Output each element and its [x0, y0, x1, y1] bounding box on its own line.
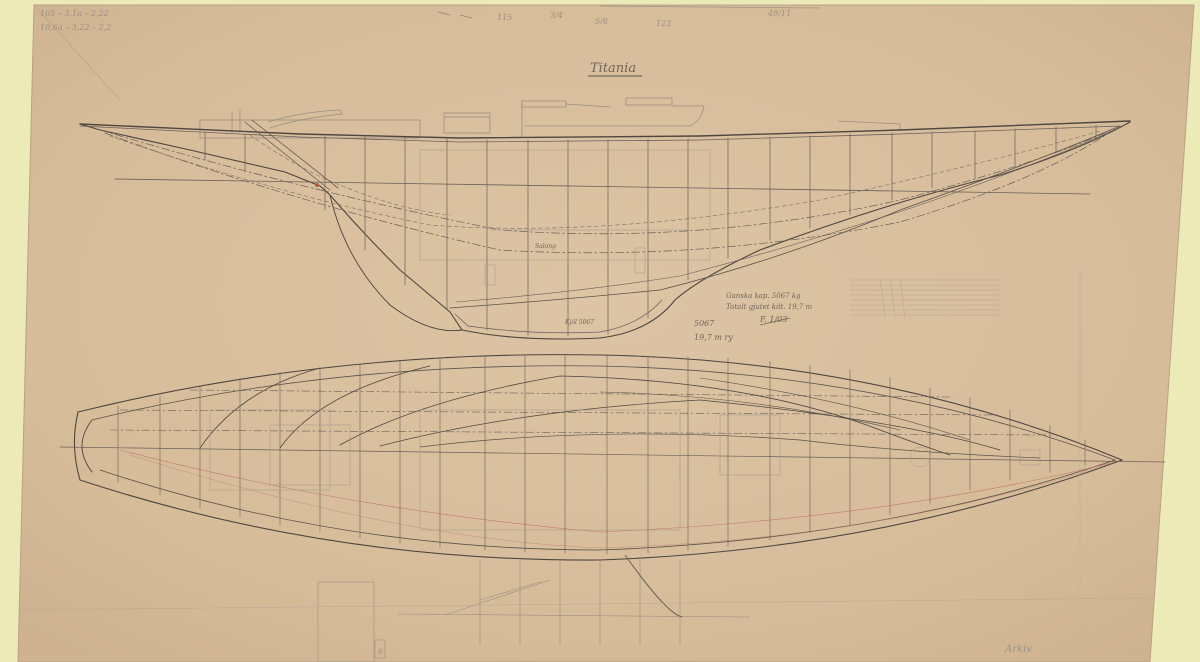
top-note-2: 3/4: [550, 11, 563, 20]
length-value: 19,7 m ry: [694, 333, 733, 342]
top-note-1: 115: [497, 13, 512, 22]
top-note-4: 123: [656, 19, 671, 28]
drawing-title: Titania: [590, 61, 636, 76]
red-mark: [315, 183, 319, 187]
displacement-value: 5067: [694, 319, 715, 328]
drawing-sheet: 105 – 3,1a – 2,22 10,6a – 3,22 – 2,2 115…: [0, 0, 1200, 662]
keel-label: Kjöl 5067: [564, 319, 594, 326]
corner-note-1: 105 – 3,1a – 2,22: [40, 9, 109, 18]
corner-note-2: 10,6a – 3,22 – 2,2: [40, 23, 111, 32]
weight-note-2: Totalt gjutet kilt. 19,7 m: [726, 303, 813, 311]
paper: [18, 5, 1194, 662]
top-note-5: 49/11: [767, 9, 791, 18]
waterline-label-cabin: Salong: [535, 243, 556, 250]
top-note-3: 5/8: [595, 17, 608, 26]
weight-note-1: Ganska kap. 5067 kg: [726, 292, 801, 300]
scale-box-label: 6: [378, 647, 383, 656]
archive-stamp: Arkiv: [1004, 644, 1032, 655]
